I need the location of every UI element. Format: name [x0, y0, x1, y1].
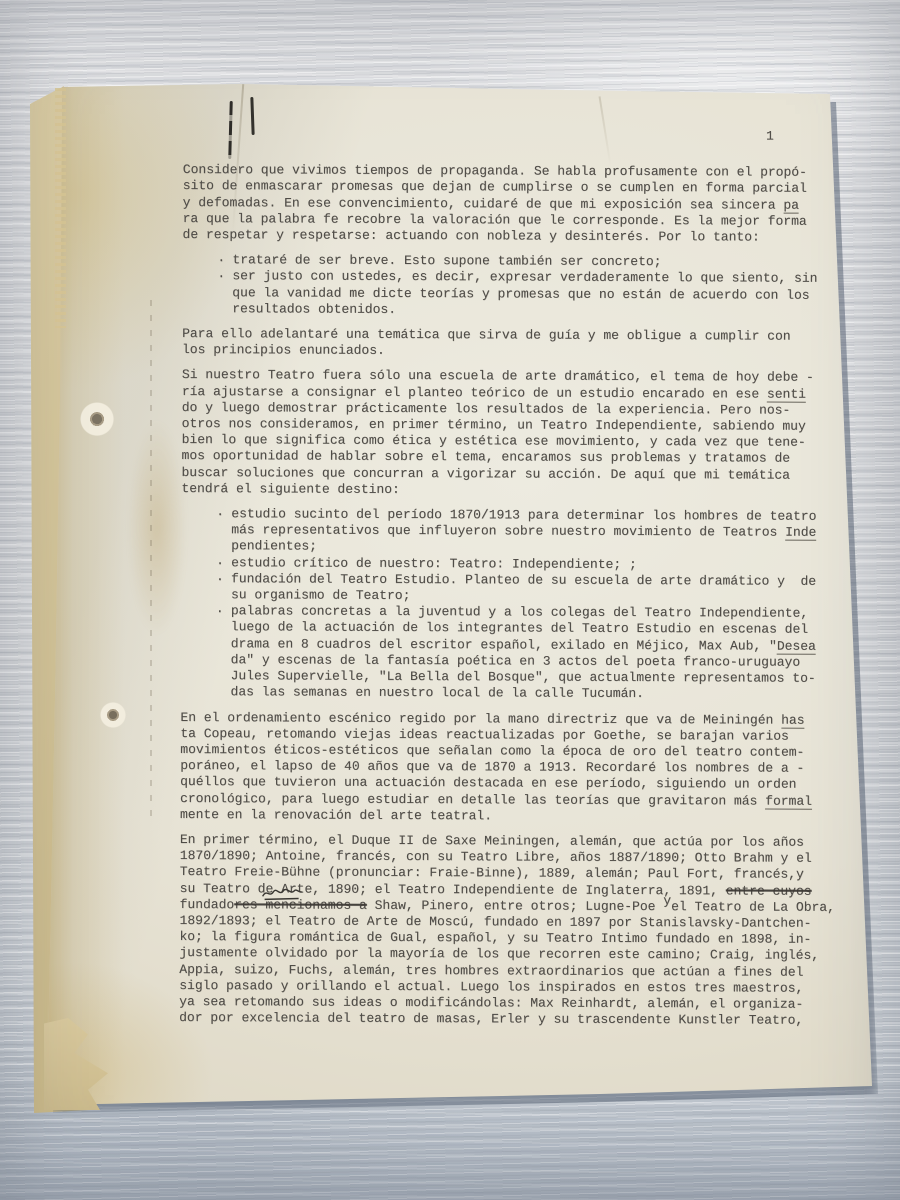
paper-stain [128, 420, 186, 635]
text-segment: En primer término, el Duque II de Saxe M… [180, 832, 804, 850]
text-segment: fundación del Teatro Estudio. Planteo de… [231, 571, 816, 589]
text-segment: de respetar y respetarse: actuando con n… [182, 227, 759, 245]
text-line: tendrá el siguiente destino: [181, 481, 846, 500]
text-segment: movimientos éticos-estéticos que señalan… [180, 742, 804, 760]
text-segment: da" y escenas de la fantasía poética en … [231, 652, 801, 669]
text-segment: has [781, 712, 804, 728]
text-segment: do y luego demostrar prácticamente los r… [182, 400, 791, 418]
document-text: Considero que vivimos tiempos de propaga… [179, 162, 848, 1029]
document-page: 1 Considero que vivimos tiempos de propa… [179, 126, 848, 1029]
text-segment: quéllos que tuvieron una actuación desta… [180, 774, 796, 792]
text-segment: ría ajustarse a consignar el planteo teó… [182, 384, 767, 402]
text-segment: su organismo de Teatro; [231, 587, 411, 603]
text-segment: buscar soluciones que concurran a vigori… [181, 465, 790, 483]
text-segment: pa [783, 197, 799, 213]
page-number: 1 [766, 129, 848, 146]
text-segment: sito de enmascarar promesas que dejan de… [183, 178, 807, 196]
bullet-marker: . [216, 569, 224, 585]
paragraph: En el ordenamiento escénico regido por l… [180, 709, 845, 825]
text-segment: que la vanidad me dicte teorías y promes… [232, 285, 809, 303]
text-segment: ser justo con ustedes, es decir, expresa… [232, 269, 817, 287]
text-segment: 1870/1890; Antoine, francés, con su Teat… [180, 848, 812, 866]
bullet-item: .fundación del Teatro Estudio. Planteo d… [231, 571, 846, 606]
text-segment: formal [765, 793, 812, 809]
punch-hole-top [74, 397, 122, 445]
text-segment: dor por excelencia del teatro de masas, … [179, 1010, 803, 1028]
text-segment: más representativos que influyeron sobre… [231, 522, 785, 539]
text-segment: ra que la palabra fe recobre la valoraci… [183, 211, 807, 229]
text-segment: palabras concretas a la juventud y a los… [231, 603, 808, 621]
text-segment: Desea [777, 638, 816, 654]
bullet-item: .ser justo con ustedes, es decir, expres… [232, 269, 847, 320]
text-segment: otros nos consideramos, en primer términ… [182, 416, 806, 434]
text-segment: tendrá el siguiente destino: [181, 481, 400, 497]
text-segment: siglo pasado y orillando el actual. Lueg… [179, 978, 803, 996]
text-segment: res mencionamos a [234, 897, 367, 913]
text-segment: Para ello adelantaré una temática que si… [182, 326, 791, 344]
bullet-marker: . [216, 504, 224, 520]
text-segment: fundado [180, 897, 235, 912]
text-segment: ta Copeau, retomando viejas ideas reactu… [180, 726, 789, 744]
text-segment: Si nuestro Teatro fuera sólo una escuela… [182, 367, 814, 385]
text-segment: luego de la actuación de los integrantes… [231, 620, 808, 638]
text-segment: trataré de ser breve. Esto supone tambié… [232, 252, 661, 269]
text-segment: drama en 8 cuadros del escritor español,… [231, 636, 777, 653]
text-segment: mos oportunidad de hablar sobre el tema,… [182, 448, 791, 466]
text-segment: el Teatro de La Obra, [671, 899, 835, 915]
text-segment: bien lo que significa como ética y estét… [182, 432, 806, 450]
text-segment: Jules Supervielle, "La Bella del Bosque"… [231, 668, 816, 686]
text-segment: resultados obtenidos. [232, 301, 396, 317]
paragraph: En primer término, el Duque II de Saxe M… [179, 832, 845, 1029]
text-segment: ko; la figura romántica de Gual, español… [179, 929, 811, 947]
text-line: dor por excelencia del teatro de masas, … [179, 1010, 844, 1029]
text-line: das las semanas en nuestro local de la c… [230, 685, 845, 704]
text-segment: 1892/1893; el Teatro de Arte de Moscú, f… [180, 913, 812, 931]
text-segment: y defomadas. En ese convencimiento, cuid… [183, 195, 784, 213]
bullet-list: .estudio sucinto del período 1870/1913 p… [180, 506, 846, 703]
bullet-marker: . [217, 267, 225, 283]
paragraph: Si nuestro Teatro fuera sólo una escuela… [181, 367, 847, 500]
text-segment: senti [767, 386, 806, 402]
bullet-marker: . [217, 250, 225, 266]
text-segment: Shaw, Pinero, entre otros; Lugne-Poe [367, 898, 664, 914]
text-segment: Considero que vivimos tiempos de propaga… [183, 162, 807, 180]
text-segment: estudio sucinto del período 1870/1913 pa… [231, 506, 816, 524]
text-segment: justamente olvidado por la mayoría de lo… [179, 945, 819, 963]
text-segment: los principios enunciados. [182, 342, 385, 358]
text-segment: poráneo, el lapso de 40 años que va de 1… [180, 758, 804, 776]
bullet-list: .trataré de ser breve. Esto supone tambi… [182, 252, 847, 320]
punch-hole-bottom [92, 694, 134, 736]
text-segment: Inde [785, 525, 816, 541]
torn-left-edge [55, 88, 66, 328]
bullet-item: .palabras concretas a la juventud y a lo… [230, 603, 845, 703]
text-segment: Appia, suizo, Fuchs, alemán, tres hombre… [179, 962, 803, 980]
bullet-item: .estudio sucinto del período 1870/1913 p… [231, 506, 846, 557]
text-segment: y [663, 893, 671, 908]
text-line: los principios enunciados. [182, 342, 847, 361]
text-line: de respetar y respetarse: actuando con n… [182, 227, 847, 246]
bullet-marker: . [216, 553, 224, 569]
text-segment: entre cuyos [726, 883, 812, 898]
text-segment: cronológico, para luego estudiar en deta… [180, 791, 765, 809]
text-segment: das las semanas en nuestro local de la c… [230, 685, 644, 702]
text-line: resultados obtenidos. [232, 301, 847, 320]
bullet-marker: . [216, 601, 224, 617]
photo-stage: 1 Considero que vivimos tiempos de propa… [0, 0, 900, 1200]
handwritten-scribble [260, 885, 302, 901]
text-segment: pendientes; [231, 539, 317, 554]
text-segment: Teatro Freie-Bühne (pronunciar: Fraie-Bi… [180, 864, 804, 882]
paragraph: Para ello adelantaré una temática que si… [182, 326, 847, 361]
text-segment: estudio crítico de nuestro: Teatro: Inde… [231, 555, 637, 572]
text-segment: mente en la renovación del arte teatral. [180, 807, 492, 823]
paragraph: Considero que vivimos tiempos de propaga… [182, 162, 847, 246]
text-segment: En el ordenamiento escénico regido por l… [180, 709, 781, 727]
text-line: mente en la renovación del arte teatral. [180, 807, 845, 826]
text-segment: ya sea retomando sus ideas o modificándo… [179, 994, 803, 1012]
fold-crease-line [150, 300, 152, 820]
